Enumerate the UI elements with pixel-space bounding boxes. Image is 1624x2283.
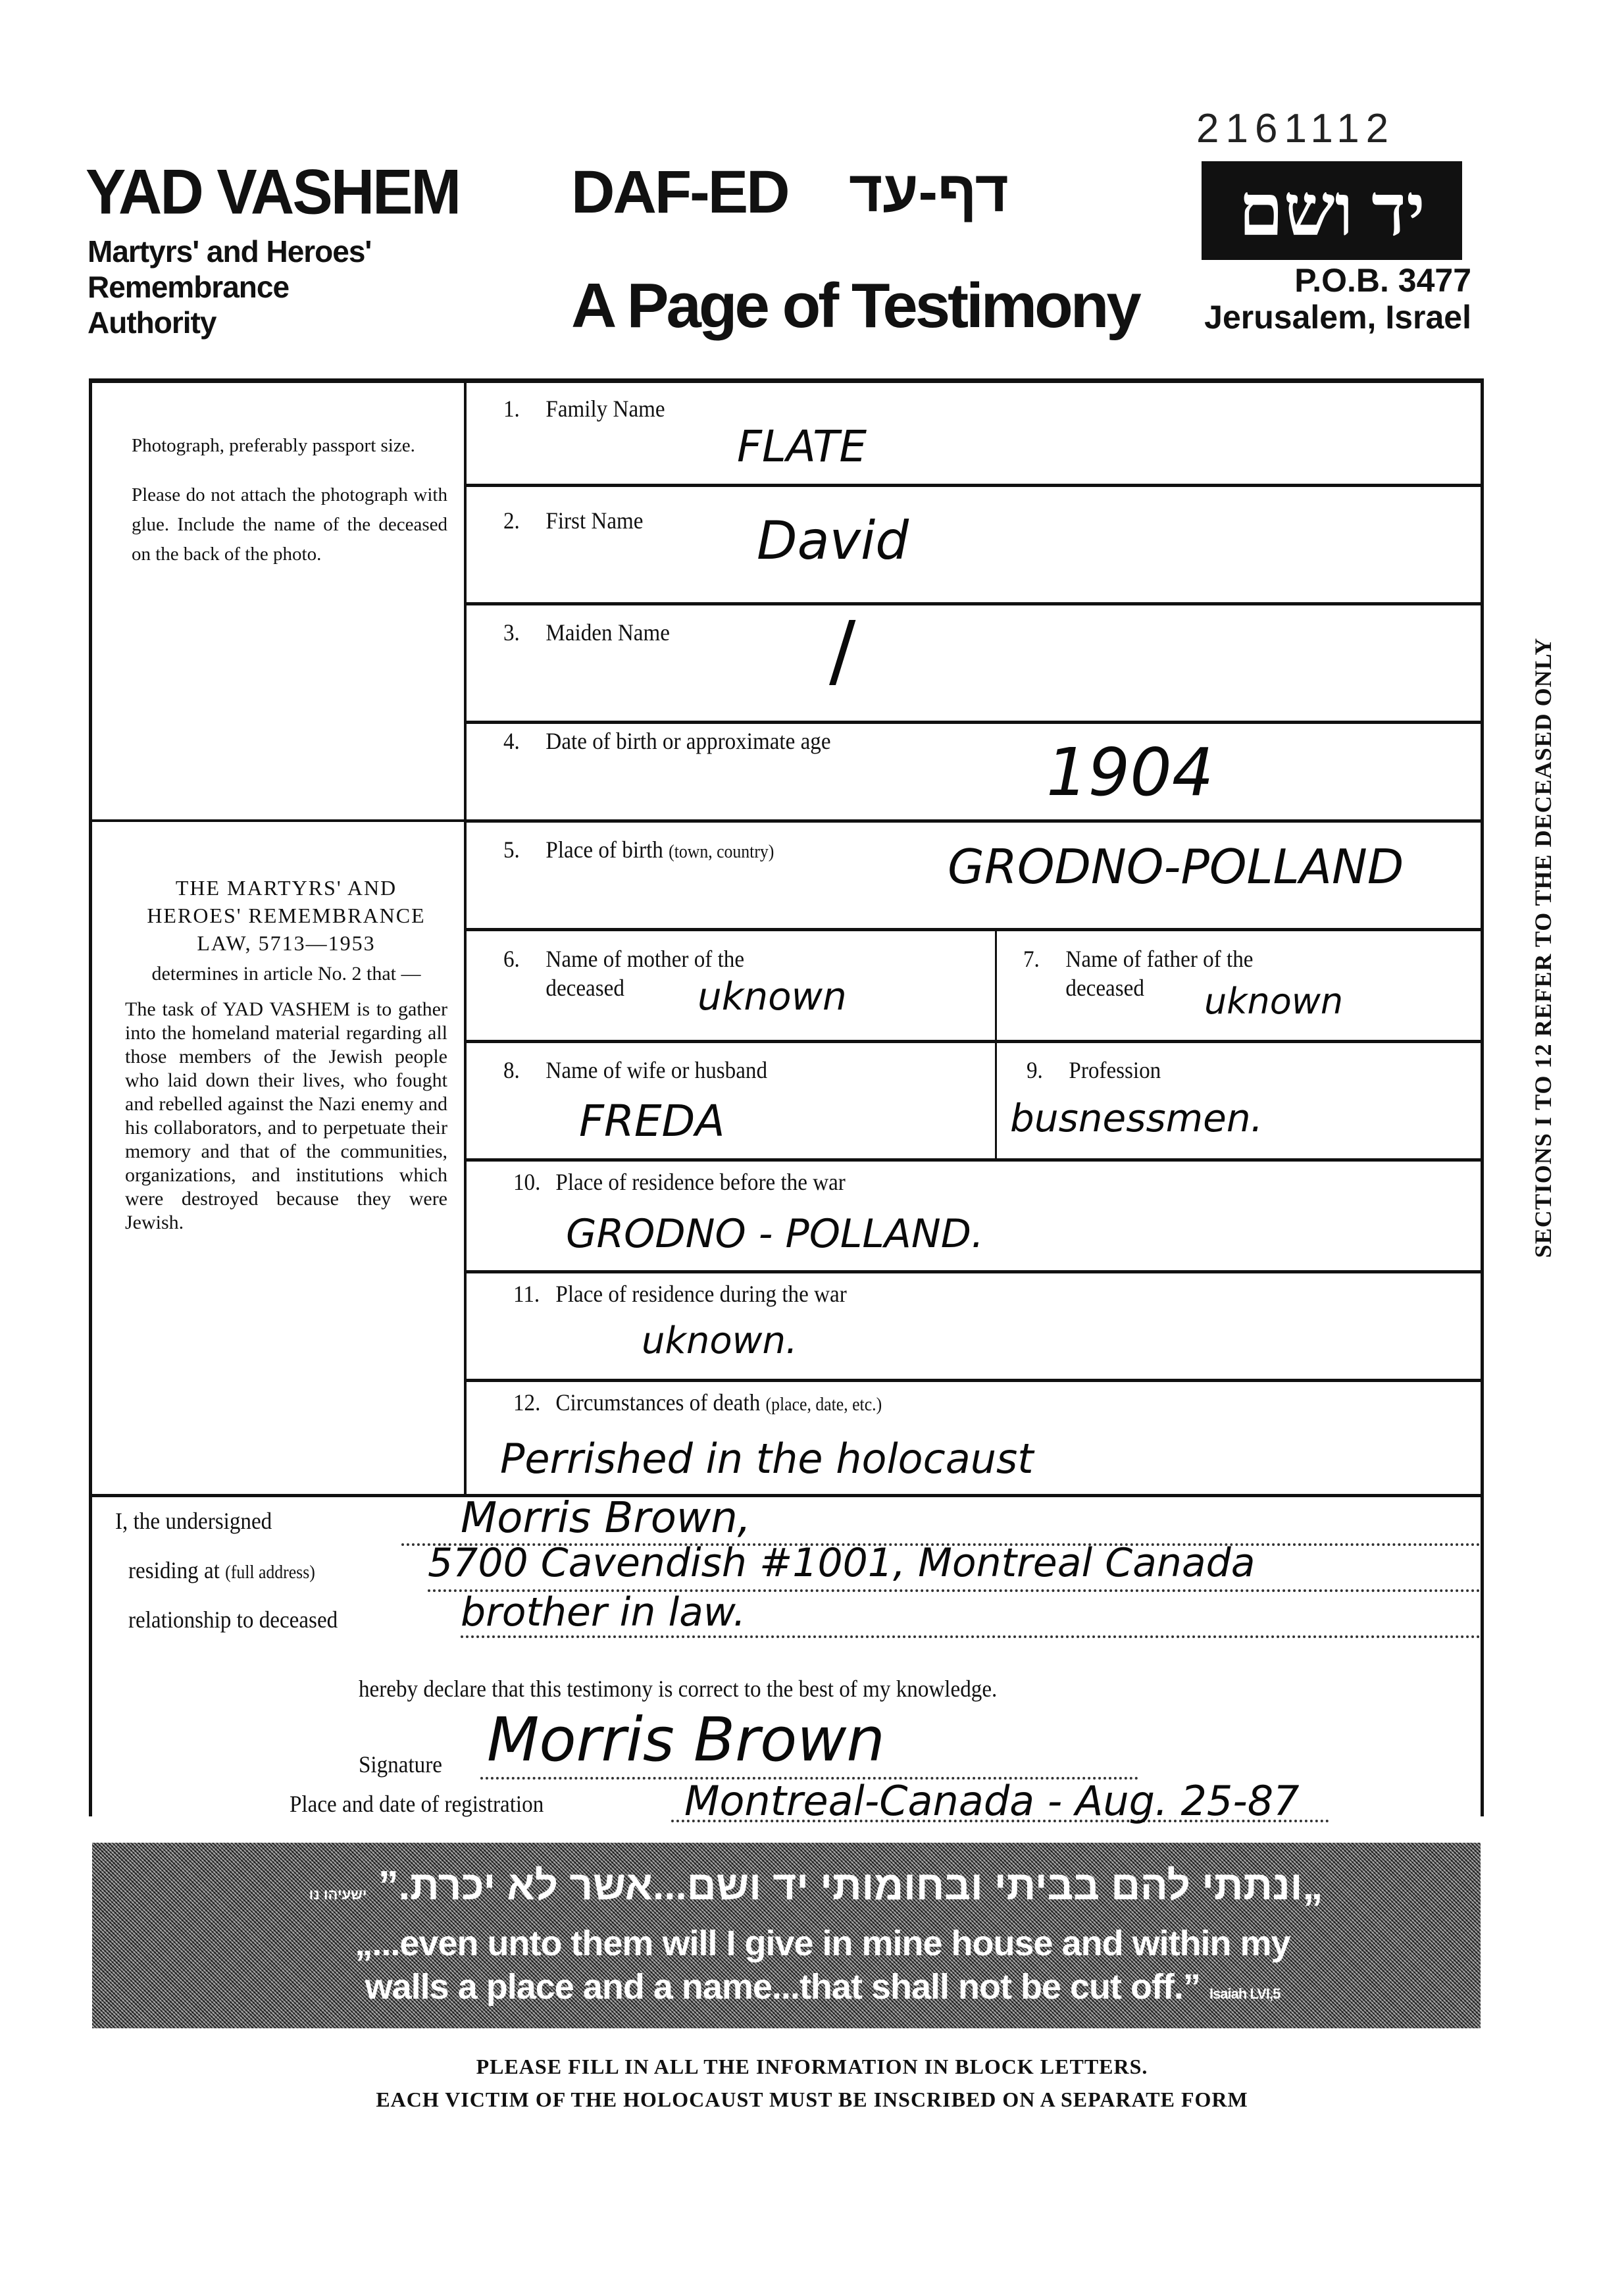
declaration-statement: hereby declare that this testimony is co… xyxy=(359,1675,997,1703)
field-first-name-value[interactable]: David xyxy=(757,510,909,571)
field-death-circumstances-label: 12.Circumstances of death (place, date, … xyxy=(513,1389,882,1416)
photo-placeholder[interactable]: Photograph, preferably passport size. Pl… xyxy=(132,431,447,589)
relationship-line xyxy=(461,1635,1481,1638)
signature-label: Signature xyxy=(359,1751,442,1778)
law-intro: determines in article No. 2 that — xyxy=(125,962,447,986)
field-death-circumstances-value[interactable]: Perrished in the holocaust xyxy=(500,1435,1034,1483)
english-quote-line-1: „...even unto them will I give in mine h… xyxy=(263,1922,1382,1965)
field-birth-place-label: 5.Place of birth (town, country) xyxy=(503,836,774,863)
field-maiden-name-value[interactable]: / xyxy=(829,605,855,697)
registration-label: Place and date of registration xyxy=(290,1790,544,1818)
field-profession-label: 9.Profession xyxy=(1027,1056,1161,1084)
field-residence-before-label: 10.Place of residence before the war xyxy=(513,1168,846,1196)
photo-instruction-size: Photograph, preferably passport size. xyxy=(132,431,447,461)
field-family-name-label: 1.Family Name xyxy=(503,395,665,423)
org-subtitle-line-2: Remembrance xyxy=(88,269,371,305)
field-spouse-name-label: 8.Name of wife or husband xyxy=(503,1056,767,1084)
org-name: YAD VASHEM xyxy=(86,156,459,228)
undersigned-name-value[interactable]: Morris Brown, xyxy=(461,1494,751,1543)
row-divider xyxy=(464,602,1484,605)
form-name: DAF-ED xyxy=(571,158,788,227)
signature-value[interactable]: Morris Brown xyxy=(487,1705,885,1775)
left-column-split xyxy=(92,819,464,822)
org-subtitle: Martyrs' and Heroes' Remembrance Authori… xyxy=(88,234,371,340)
field-maiden-name-label: 3.Maiden Name xyxy=(503,619,670,646)
law-excerpt: THE MARTYRS' AND HEROES' REMEMBRANCE LAW… xyxy=(125,874,447,1235)
left-column-divider xyxy=(464,382,467,1494)
row-divider xyxy=(464,1379,1484,1382)
law-heading-2: HEROES' REMEMBRANCE xyxy=(125,902,447,929)
hebrew-quote: „ונתתי להם בביתי ובחומותי יד ושם...אשר ל… xyxy=(290,1862,1342,1909)
postal-address: P.O.B. 3477 Jerusalem, Israel xyxy=(1202,262,1471,336)
footer-instruction-block-letters: PLEASE FILL IN ALL THE INFORMATION IN BL… xyxy=(0,2055,1624,2079)
row-divider xyxy=(464,928,1484,931)
page-title: A Page of Testimony xyxy=(571,270,1139,342)
field-first-name-label: 2.First Name xyxy=(503,507,644,534)
residing-address-value[interactable]: 5700 Cavendish #1001, Montreal Canada xyxy=(428,1540,1256,1586)
law-heading-3: LAW, 5713—1953 xyxy=(125,929,447,957)
field-father-name-value[interactable]: uknown xyxy=(1204,981,1343,1022)
half-column-divider xyxy=(995,928,997,1158)
row-divider xyxy=(464,819,1484,823)
field-residence-during-label: 11.Place of residence during the war xyxy=(513,1280,847,1308)
row-divider xyxy=(464,1158,1484,1162)
english-citation: Isaiah LVI,5 xyxy=(1209,1986,1280,2002)
field-spouse-name-value[interactable]: FREDA xyxy=(579,1096,725,1146)
field-residence-during-value[interactable]: uknown. xyxy=(642,1320,798,1362)
registration-value[interactable]: Montreal-Canada - Aug. 25-87 xyxy=(684,1777,1300,1825)
declaration-divider xyxy=(92,1494,1484,1497)
field-mother-name-value[interactable]: uknown xyxy=(698,974,847,1019)
relationship-value[interactable]: brother in law. xyxy=(461,1589,746,1635)
row-divider xyxy=(464,1270,1484,1273)
yad-vashem-hebrew-logo: יד ושם xyxy=(1202,161,1462,260)
org-subtitle-line-3: Authority xyxy=(88,305,371,340)
logo-hebrew-text: יד ושם xyxy=(1238,169,1425,253)
isaiah-quote-banner: „ונתתי להם בביתי ובחומותי יד ושם...אשר ל… xyxy=(92,1843,1481,2028)
english-quote-line-2: walls a place and a name...that shall no… xyxy=(263,1965,1382,2016)
field-birth-place-value[interactable]: GRODNO-POLLAND xyxy=(948,839,1404,894)
reference-number: 2161112 xyxy=(1196,105,1395,152)
row-divider xyxy=(464,484,1484,487)
field-profession-value[interactable]: busnessmen. xyxy=(1010,1096,1263,1141)
field-birth-date-value[interactable]: 1904 xyxy=(1046,734,1214,811)
form-name-hebrew: דף-עד xyxy=(849,158,1009,225)
footer-instruction-separate-form: EACH VICTIM OF THE HOLOCAUST MUST BE INS… xyxy=(0,2088,1624,2112)
law-heading-1: THE MARTYRS' AND xyxy=(125,874,447,902)
hebrew-citation: ישעיהו נו xyxy=(309,1886,367,1903)
row-divider xyxy=(464,721,1484,724)
undersigned-label: I, the undersigned xyxy=(115,1507,272,1535)
row-divider xyxy=(464,1040,1484,1043)
field-birth-date-label: 4.Date of birth or approximate age xyxy=(503,727,831,755)
sections-side-note: SECTIONS I TO 12 REFER TO THE DECEASED O… xyxy=(1513,579,1573,1316)
field-residence-before-value[interactable]: GRODNO - POLLAND. xyxy=(566,1211,984,1257)
english-quote: „...even unto them will I give in mine h… xyxy=(263,1922,1382,2016)
org-subtitle-line-1: Martyrs' and Heroes' xyxy=(88,234,371,269)
field-family-name-value[interactable]: FLATE xyxy=(737,421,867,472)
law-body: The task of YAD VASHEM is to gather into… xyxy=(125,998,447,1235)
address-pob: P.O.B. 3477 xyxy=(1202,262,1471,299)
address-city: Jerusalem, Israel xyxy=(1202,299,1471,336)
photo-instruction-glue: Please do not attach the photograph with… xyxy=(132,480,447,569)
residing-label: residing at (full address) xyxy=(128,1556,315,1584)
relationship-label: relationship to deceased xyxy=(128,1606,338,1633)
